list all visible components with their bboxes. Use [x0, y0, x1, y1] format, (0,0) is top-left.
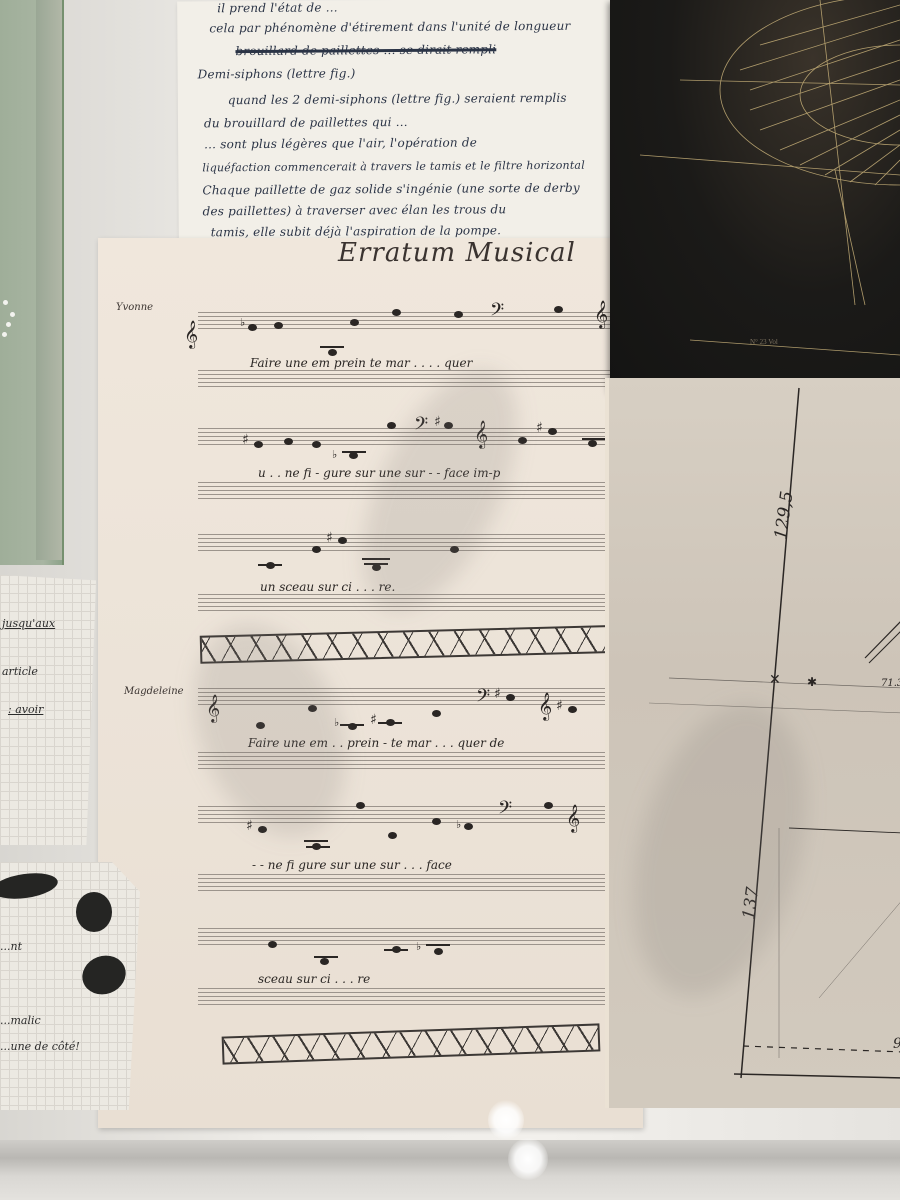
- note-head: [284, 438, 293, 445]
- flat-icon: ♭: [332, 448, 337, 461]
- dimension-label: 71.3: [881, 678, 900, 689]
- lyric-line: Faire une em prein te mar . . . . quer: [250, 356, 472, 370]
- ink-blot: [77, 950, 131, 1001]
- voice-label-yvonne: Yvonne: [116, 302, 153, 313]
- note-head: [349, 452, 358, 459]
- music-staff: [198, 370, 643, 388]
- notes-line: cela par phénomène d'étirement dans l'un…: [209, 19, 570, 36]
- note-head: [432, 710, 441, 717]
- light-reflection: [6, 322, 11, 327]
- treble-clef-icon: 𝄞: [594, 300, 608, 328]
- music-staff: [198, 312, 643, 330]
- scrap-text: ...malic: [0, 1014, 41, 1027]
- note-head: [518, 437, 527, 444]
- notes-line: des paillettes) à traverser avec élan le…: [203, 202, 507, 218]
- notes-line: ... sont plus légères que l'air, l'opéra…: [204, 135, 477, 151]
- bass-clef-icon: 𝄢: [476, 686, 490, 711]
- bass-clef-icon: 𝄢: [498, 798, 512, 823]
- note-head: [392, 309, 401, 316]
- print-caption: N° 23 Vol: [750, 338, 778, 346]
- note-head: [312, 843, 321, 850]
- bass-clef-icon: 𝄢: [490, 300, 504, 325]
- glass-glare: [508, 1138, 548, 1180]
- notes-line: Demi-siphons (lettre fig.): [198, 66, 356, 81]
- note-head: [464, 823, 473, 830]
- note-head: [348, 723, 357, 730]
- treble-clef-icon: 𝄞: [184, 320, 198, 348]
- sharp-icon: ♯: [242, 432, 249, 448]
- exhibit-label: [0, 1188, 120, 1200]
- sharp-icon: ♯: [556, 698, 563, 714]
- notes-line: tamis, elle subit déjà l'aspiration de l…: [211, 223, 501, 239]
- graph-paper-scrap-upper: jusqu'aux article : avoir: [0, 575, 96, 845]
- sharp-icon: ♯: [536, 420, 543, 436]
- notes-line: du brouillard de paillettes qui ...: [204, 115, 408, 130]
- note-head: [454, 311, 463, 318]
- notes-line: liquéfaction commencerait à travers le t…: [202, 159, 585, 175]
- note-head: [356, 802, 365, 809]
- sharp-icon: ♯: [494, 686, 501, 702]
- treble-clef-icon: 𝄞: [566, 804, 580, 832]
- dark-technical-print: N° 23 Vol: [610, 0, 900, 392]
- sharp-icon: ♯: [370, 712, 377, 728]
- music-staff: [198, 988, 643, 1006]
- scrap-text: ...nt: [0, 940, 22, 953]
- note-head: [350, 319, 359, 326]
- treble-clef-icon: 𝄞: [538, 692, 552, 720]
- graph-paper-scrap-lower: ...nt ...malic ...une de côté!: [0, 862, 140, 1110]
- notes-line: quand les 2 demi-siphons (lettre fig.) s…: [228, 91, 567, 107]
- lyric-line: - - ne fi gure sur une sur . . . face: [252, 858, 452, 872]
- ledger-line: [304, 840, 328, 842]
- sharp-icon: ♯: [326, 530, 333, 546]
- ink-blot: [76, 892, 112, 932]
- glass-glare: [488, 1100, 524, 1140]
- score-title: Erratum Musical: [338, 238, 576, 268]
- green-book-spine: [36, 0, 62, 560]
- note-head: [506, 694, 515, 701]
- dimension-label: 9...: [893, 1036, 900, 1052]
- voice-label-magdeleine: Magdeleine: [124, 686, 184, 697]
- handwritten-notes-sheet: il prend l'état de ... cela par phénomèn…: [177, 0, 619, 252]
- note-head: [328, 349, 337, 356]
- ink-blot: [0, 870, 59, 903]
- lyric-line: sceau sur ci . . . re: [258, 972, 370, 986]
- ledger-line: [320, 346, 344, 348]
- note-head: [274, 322, 283, 329]
- flat-icon: ♭: [416, 940, 421, 953]
- note-head: [388, 832, 397, 839]
- note-head: [432, 818, 441, 825]
- light-reflection: [3, 300, 8, 305]
- note-head: [548, 428, 557, 435]
- light-reflection: [2, 332, 7, 337]
- note-head: [392, 946, 401, 953]
- note-head: [312, 546, 321, 553]
- note-head: [544, 802, 553, 809]
- notes-line-struck: brouillard de paillettes ... se dirait r…: [235, 42, 496, 58]
- note-head: [266, 562, 275, 569]
- scrap-text: jusqu'aux: [2, 617, 55, 630]
- scrap-text: : avoir: [8, 703, 43, 716]
- notes-line: il prend l'état de ...: [217, 0, 338, 15]
- svg-text:✱: ✱: [807, 675, 817, 689]
- light-reflection: [10, 312, 15, 317]
- note-head: [568, 706, 577, 713]
- scrap-text: article: [2, 665, 38, 678]
- crosshatch-divider: [222, 1023, 601, 1064]
- note-head: [386, 719, 395, 726]
- radial-sieve-drawing: [610, 0, 900, 392]
- music-staff: [198, 874, 643, 892]
- scrap-text: ...une de côté!: [0, 1040, 80, 1053]
- note-head: [434, 948, 443, 955]
- ledger-line: [426, 944, 450, 946]
- svg-text:✕: ✕: [769, 672, 781, 688]
- note-head: [254, 441, 263, 448]
- note-head: [387, 422, 396, 429]
- flat-icon: ♭: [240, 316, 245, 329]
- notes-line: Chaque paillette de gaz solide s'ingénie…: [202, 181, 580, 198]
- note-head: [320, 958, 329, 965]
- note-head: [312, 441, 321, 448]
- note-head: [248, 324, 257, 331]
- note-head: [588, 440, 597, 447]
- note-head: [268, 941, 277, 948]
- note-head: [554, 306, 563, 313]
- erratum-musical-score-sheet: Erratum Musical Yvonne 𝄞 ♭ 𝄢 𝄞 Faire une…: [98, 238, 643, 1128]
- note-head: [338, 537, 347, 544]
- display-case-ledge: [0, 1140, 900, 1200]
- flat-icon: ♭: [456, 818, 461, 831]
